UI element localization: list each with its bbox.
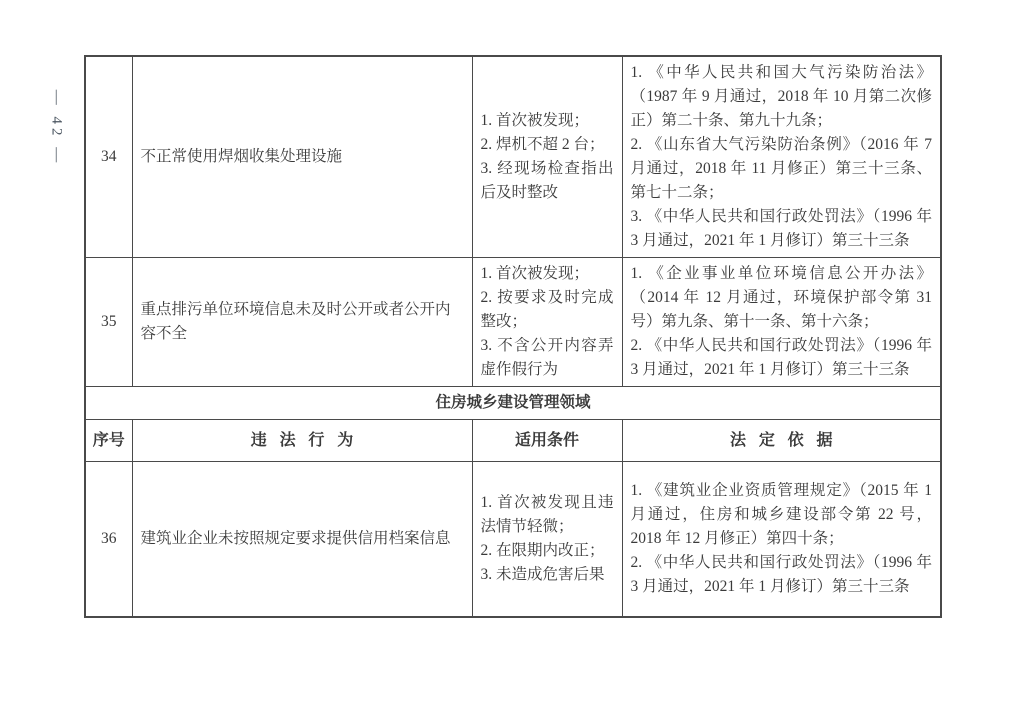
legal-basis-cell: 1. 《中华人民共和国大气污染防治法》（1987 年 9 月通过，2018 年 … (622, 56, 941, 258)
condition-item: 1. 首次被发现； (481, 109, 614, 133)
row-number-cell: 34 (85, 56, 132, 258)
legal-basis-cell: 1. 《企业事业单位环境信息公开办法》（2014 年 12 月通过，环境保护部令… (622, 258, 941, 387)
table-row-34: 34 不正常使用焊烟收集处理设施 1. 首次被发现； 2. 焊机不超 2 台； … (85, 56, 941, 258)
legal-basis-item: 1. 《建筑业企业资质管理规定》（2015 年 1 月通过，住房和城乡建设部令第… (631, 479, 933, 551)
header-conditions: 适用条件 (472, 420, 622, 462)
conditions-cell: 1. 首次被发现且违法情节轻微； 2. 在限期内改正； 3. 未造成危害后果 (472, 462, 622, 617)
table-row-36: 36 建筑业企业未按照规定要求提供信用档案信息 1. 首次被发现且违法情节轻微；… (85, 462, 941, 617)
violations-table: 34 不正常使用焊烟收集处理设施 1. 首次被发现； 2. 焊机不超 2 台； … (84, 55, 942, 618)
condition-item: 1. 首次被发现； (481, 262, 614, 286)
condition-item: 1. 首次被发现且违法情节轻微； (481, 491, 614, 539)
table-row-35: 35 重点排污单位环境信息未及时公开或者公开内容不全 1. 首次被发现； 2. … (85, 258, 941, 387)
violation-behavior-cell: 不正常使用焊烟收集处理设施 (132, 56, 472, 258)
condition-item: 3. 不含公开内容弄虚作假行为 (481, 334, 614, 382)
violation-behavior-cell: 建筑业企业未按照规定要求提供信用档案信息 (132, 462, 472, 617)
row-number-cell: 36 (85, 462, 132, 617)
header-legal: 法定依据 (622, 420, 941, 462)
header-no: 序号 (85, 420, 132, 462)
condition-item: 2. 在限期内改正； (481, 539, 614, 563)
condition-item: 2. 按要求及时完成整改； (481, 286, 614, 334)
violation-behavior-cell: 重点排污单位环境信息未及时公开或者公开内容不全 (132, 258, 472, 387)
section-title: 住房城乡建设管理领域 (85, 387, 941, 420)
header-behavior: 违法行为 (132, 420, 472, 462)
row-number-cell: 35 (85, 258, 132, 387)
legal-basis-item: 1. 《企业事业单位环境信息公开办法》（2014 年 12 月通过，环境保护部令… (631, 262, 933, 334)
conditions-cell: 1. 首次被发现； 2. 按要求及时完成整改； 3. 不含公开内容弄虚作假行为 (472, 258, 622, 387)
legal-basis-item: 2. 《中华人民共和国行政处罚法》（1996 年 3 月通过，2021 年 1 … (631, 551, 933, 599)
condition-item: 3. 经现场检查指出后及时整改 (481, 157, 614, 205)
page-number: — 42 — (48, 90, 65, 167)
condition-item: 2. 焊机不超 2 台； (481, 133, 614, 157)
conditions-cell: 1. 首次被发现； 2. 焊机不超 2 台； 3. 经现场检查指出后及时整改 (472, 56, 622, 258)
table-header-row: 序号 违法行为 适用条件 法定依据 (85, 420, 941, 462)
condition-item: 3. 未造成危害后果 (481, 563, 614, 587)
legal-basis-item: 1. 《中华人民共和国大气污染防治法》（1987 年 9 月通过，2018 年 … (631, 61, 933, 133)
legal-basis-item: 3. 《中华人民共和国行政处罚法》（1996 年 3 月通过，2021 年 1 … (631, 205, 933, 253)
section-title-row: 住房城乡建设管理领域 (85, 387, 941, 420)
legal-basis-item: 2. 《中华人民共和国行政处罚法》（1996 年 3 月通过，2021 年 1 … (631, 334, 933, 382)
legal-basis-cell: 1. 《建筑业企业资质管理规定》（2015 年 1 月通过，住房和城乡建设部令第… (622, 462, 941, 617)
legal-basis-item: 2. 《山东省大气污染防治条例》（2016 年 7 月通过，2018 年 11 … (631, 133, 933, 205)
